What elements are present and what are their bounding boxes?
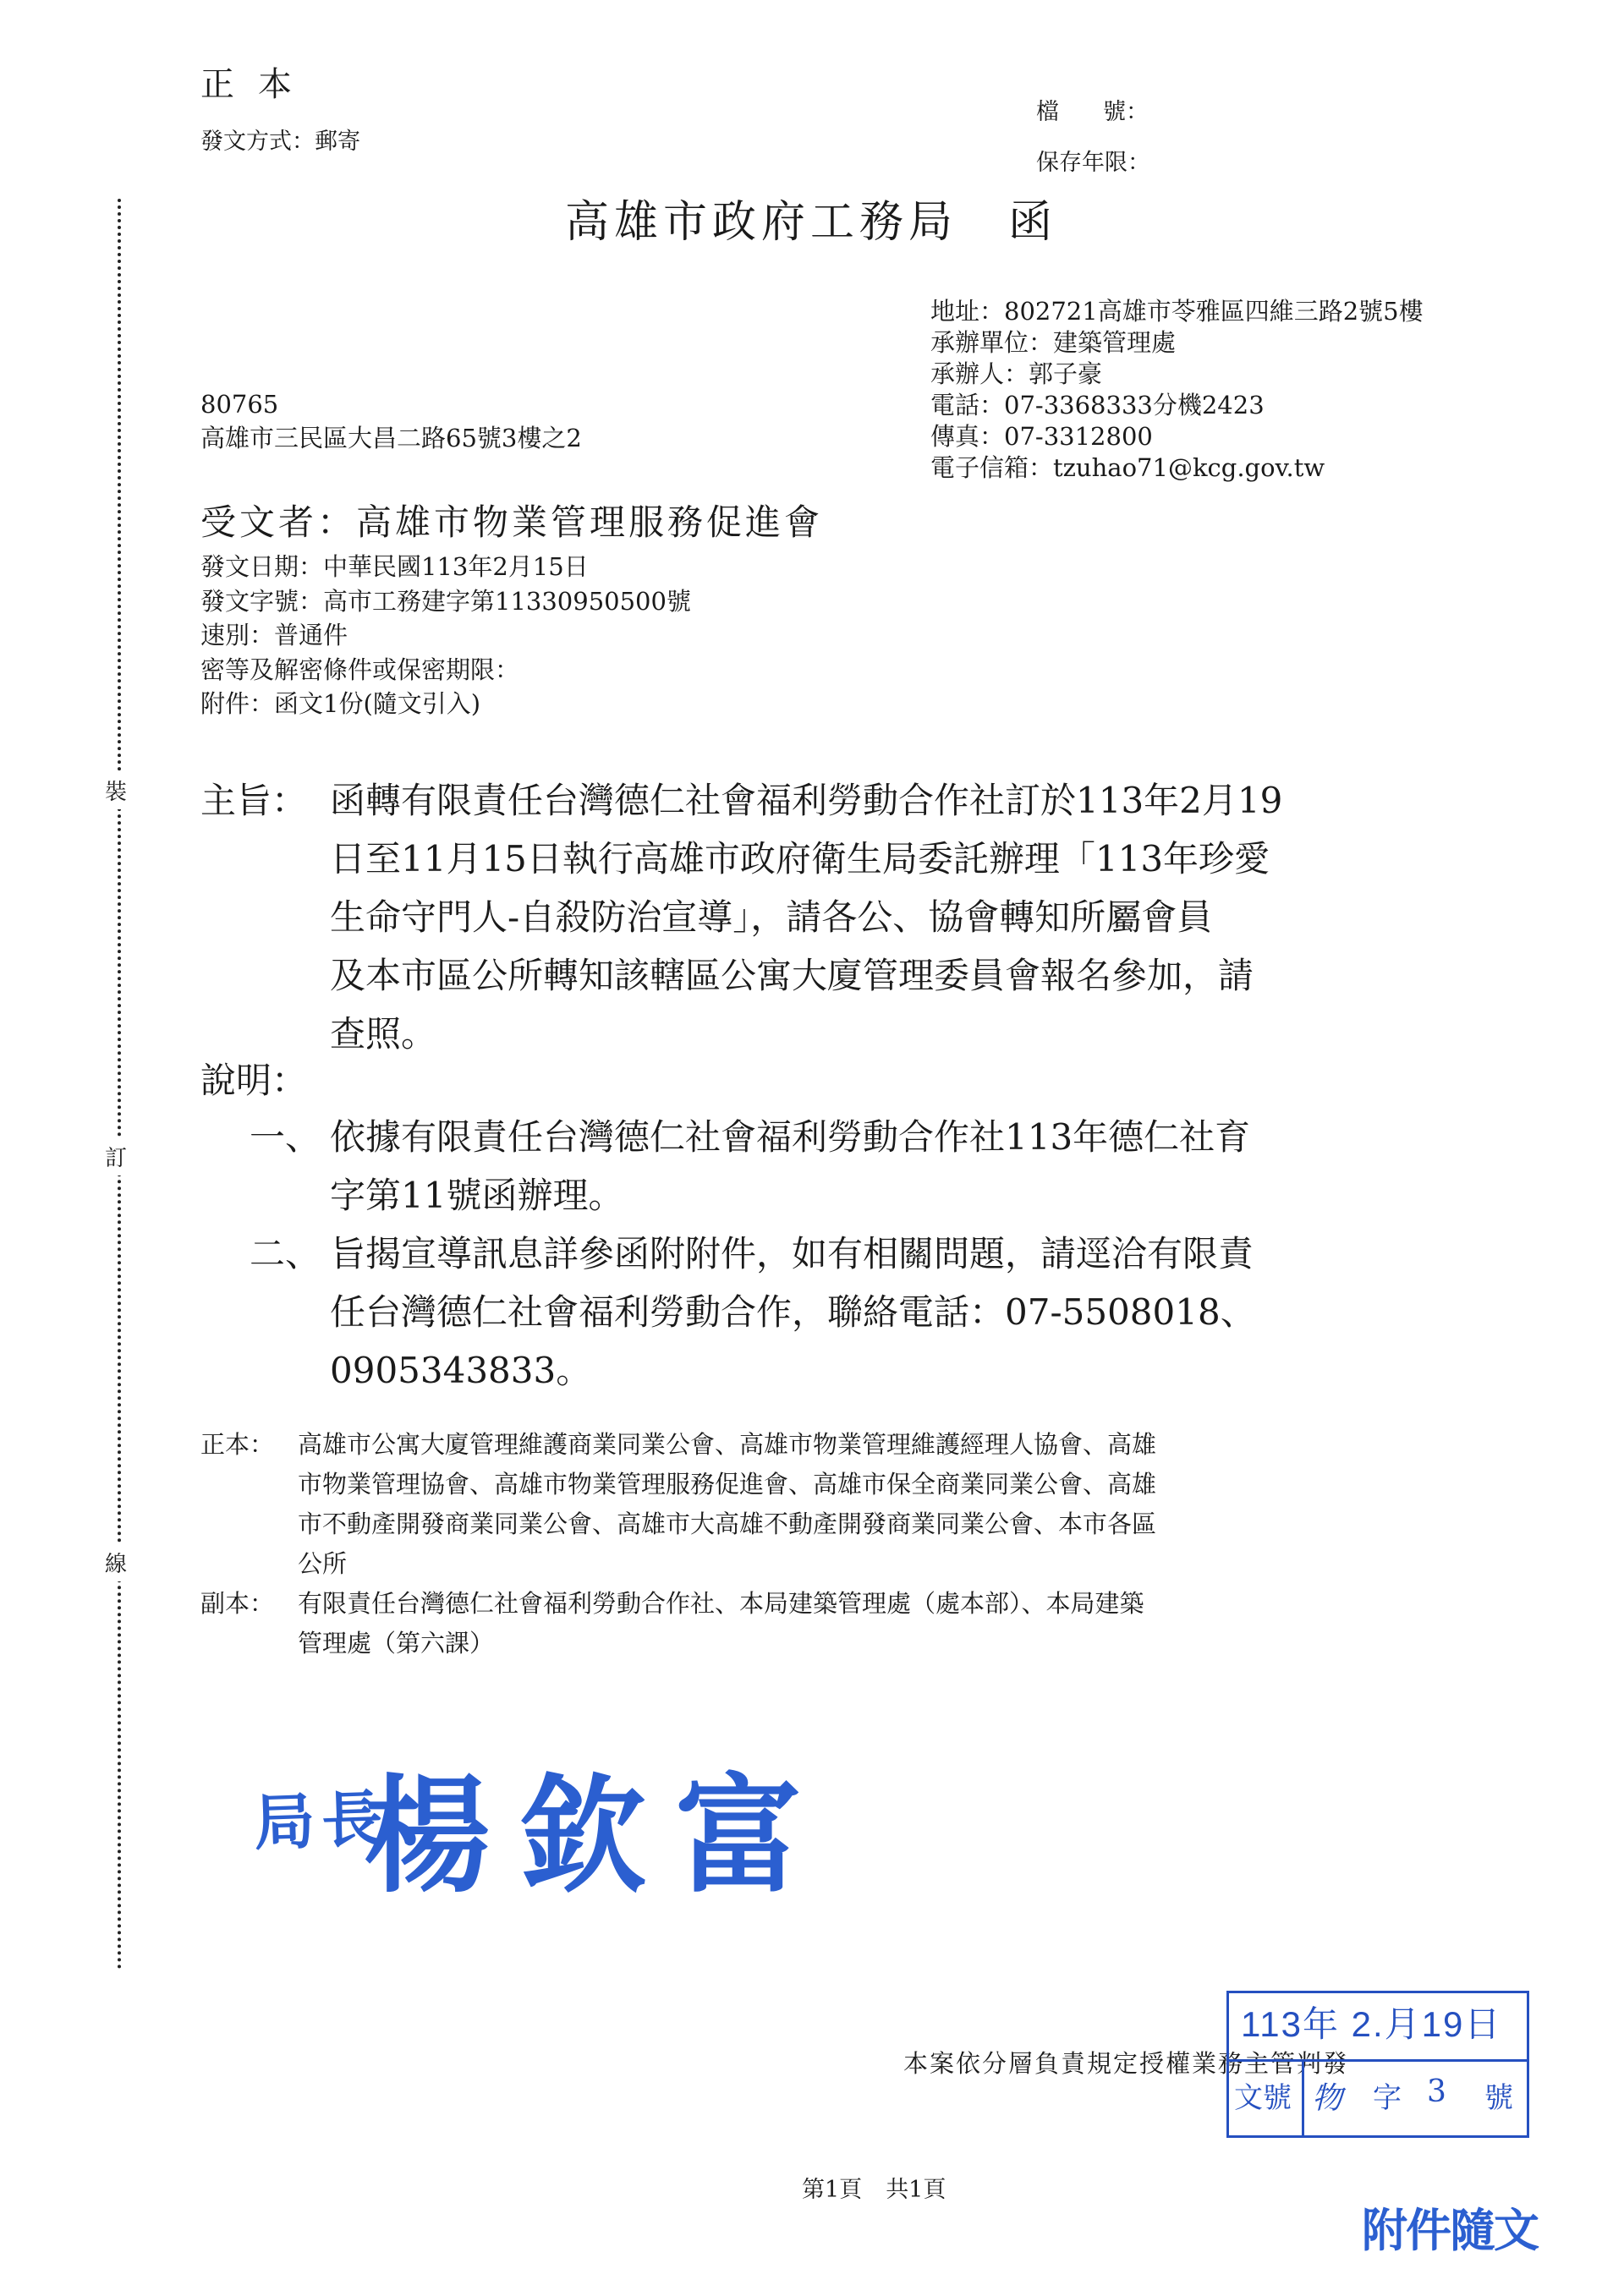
item-line: 0905343833。 xyxy=(330,1341,1256,1400)
sender-contact-block: 地址：802721高雄市苓雅區四維三路2號5樓 承辦單位：建築管理處 承辦人：郭… xyxy=(930,296,1424,484)
stamp-date: 113年 2.月19日 xyxy=(1241,1997,1501,2047)
recipient-line: 市不動產開發商業同業公會、高雄市大高雄不動產開發商業同業公會、本市各區 xyxy=(298,1504,1156,1544)
original-recipients-label: 正本： xyxy=(200,1425,274,1465)
original-recipients: 正本： 高雄市公寓大廈管理維護商業同業公會、高雄市物業管理維護經理人協會、高雄 … xyxy=(200,1425,1512,1586)
recipient-line: 管理處（第六課） xyxy=(298,1624,1144,1663)
item-number: 二、 xyxy=(250,1225,321,1283)
item-line: 旨揭宣導訊息詳參函附附件，如有相關問題，請逕洽有限責 xyxy=(330,1225,1256,1283)
file-number-field: 檔號： xyxy=(1036,93,1149,126)
item-text: 旨揭宣導訊息詳參函附附件，如有相關問題，請逕洽有限責 任台灣德仁社會福利勞動合作… xyxy=(330,1225,1256,1400)
explanation-item-2: 二、 旨揭宣導訊息詳參函附附件，如有相關問題，請逕洽有限責 任台灣德仁社會福利勞… xyxy=(250,1225,1476,1402)
handler-name: 承辦人：郭子豪 xyxy=(930,359,1424,390)
email-address: 電子信箱：tzuhao71@kcg.gov.tw xyxy=(930,452,1424,484)
document-type: 函 xyxy=(1008,197,1057,248)
binding-dotted-line xyxy=(118,199,121,1970)
stamp-docno-number: 3 xyxy=(1427,2074,1446,2109)
stamp-docno-label: 文號 xyxy=(1234,2074,1292,2116)
sender-address: 地址：802721高雄市苓雅區四維三路2號5樓 xyxy=(930,296,1424,327)
document-meta-block: 發文日期：中華民國113年2月15日 發文字號：高市工務建字第113309505… xyxy=(200,550,691,721)
item-text: 依據有限責任台灣德仁社會福利勞動合作社113年德仁社育 字第11號函辦理。 xyxy=(330,1108,1250,1225)
delivery-speed: 速別：普通件 xyxy=(200,618,691,653)
file-number-label-a: 檔 xyxy=(1036,99,1059,125)
receipt-date-stamp: 113年 2.月19日 文號 物 字 3 號 xyxy=(1226,1991,1529,2138)
retention-period-field: 保存年限： xyxy=(1036,144,1150,177)
recipient-line: 高雄市公寓大廈管理維護商業同業公會、高雄市物業管理維護經理人協會、高雄 xyxy=(298,1425,1156,1465)
document-title: 高雄市政府工務局函 xyxy=(565,186,1057,249)
binding-mark-xian: 線 xyxy=(105,1543,127,1581)
recipient-line: 公所 xyxy=(298,1544,1156,1584)
item-line: 任台灣德仁社會福利勞動合作，聯絡電話：07-5508018、 xyxy=(330,1283,1256,1341)
send-method: 發文方式：郵寄 xyxy=(200,123,360,156)
recipient-line: 市物業管理協會、高雄市物業管理服務促進會、高雄市保全商業同業公會、高雄 xyxy=(298,1465,1156,1504)
subject-section: 主旨： 函轉有限責任台灣德仁社會福利勞動合作社訂於113年2月19 日至11月1… xyxy=(200,771,1486,830)
explanation-item-1: 一、 依據有限責任台灣德仁社會福利勞動合作社113年德仁社育 字第11號函辦理。 xyxy=(250,1108,1476,1226)
explanation-label: 說明： xyxy=(200,1053,307,1104)
subject-label: 主旨： xyxy=(200,771,307,830)
original-recipients-list: 高雄市公寓大廈管理維護商業同業公會、高雄市物業管理維護經理人協會、高雄 市物業管… xyxy=(298,1425,1156,1584)
issue-date: 發文日期：中華民國113年2月15日 xyxy=(200,550,691,584)
subject-line: 及本市區公所轉知該轄區公寓大廈管理委員會報名參加，請 xyxy=(330,946,1282,1005)
item-line: 依據有限責任台灣德仁社會福利勞動合作社113年德仁社育 xyxy=(330,1108,1250,1166)
attachment-stamp: 附件隨文 xyxy=(1362,2195,1538,2260)
copy-type-label: 正本 xyxy=(200,58,315,106)
page-indicator: 第1頁共1頁 xyxy=(802,2171,946,2204)
subject-line: 函轉有限責任台灣德仁社會福利勞動合作社訂於113年2月19 xyxy=(330,771,1282,830)
stamp-docno-word: 字 xyxy=(1373,2074,1402,2116)
addressee: 受文者：高雄市物業管理服務促進會 xyxy=(200,495,823,545)
copy-recipients-label: 副本： xyxy=(200,1584,274,1624)
recipient-address-block: 80765 高雄市三民區大昌二路65號3樓之2 xyxy=(200,387,582,455)
subject-text: 函轉有限責任台灣德仁社會福利勞動合作社訂於113年2月19 日至11月15日執行… xyxy=(330,771,1282,1063)
file-number-label-b: 號： xyxy=(1103,99,1149,125)
copy-recipients: 副本： 有限責任台灣德仁社會福利勞動合作社、本局建築管理處（處本部）、本局建築 … xyxy=(200,1584,1512,1669)
phone-number: 電話：07-3368333分機2423 xyxy=(930,390,1424,421)
item-number: 一、 xyxy=(250,1108,321,1166)
recipient-address: 高雄市三民區大昌二路65號3樓之2 xyxy=(200,421,582,455)
fax-number: 傳真：07-3312800 xyxy=(930,421,1424,452)
stamp-vertical-divider xyxy=(1302,2059,1304,2135)
binding-mark-ding: 訂 xyxy=(105,1137,127,1175)
stamp-docno-suffix: 號 xyxy=(1484,2074,1513,2116)
stamp-docno-prefix: 物 xyxy=(1312,2074,1342,2118)
subject-line: 生命守門人-自殺防治宣導」，請各公、協會轉知所屬會員 xyxy=(330,888,1282,946)
stamp-divider xyxy=(1229,2059,1527,2062)
subject-line: 日至11月15日執行高雄市政府衛生局委託辦理「113年珍愛 xyxy=(330,830,1282,888)
item-line: 字第11號函辦理。 xyxy=(330,1166,1250,1225)
binding-mark-zhuang: 裝 xyxy=(105,771,127,809)
recipient-postal-code: 80765 xyxy=(200,387,582,421)
handling-unit: 承辦單位：建築管理處 xyxy=(930,327,1424,359)
issuing-organization: 高雄市政府工務局 xyxy=(565,197,957,248)
page-current: 第1頁 xyxy=(802,2177,862,2203)
document-number: 發文字號：高市工務建字第11330950500號 xyxy=(200,584,691,619)
attachment-info: 附件：函文1份(隨文引入) xyxy=(200,687,691,721)
copy-recipients-list: 有限責任台灣德仁社會福利勞動合作社、本局建築管理處（處本部）、本局建築 管理處（… xyxy=(298,1584,1144,1663)
confidentiality-level: 密等及解密條件或保密期限： xyxy=(200,653,691,688)
signature-name-stamp: 楊欽富 xyxy=(364,1734,831,1916)
subject-line: 查照。 xyxy=(330,1005,1282,1063)
page-total: 共1頁 xyxy=(886,2177,946,2203)
recipient-line: 有限責任台灣德仁社會福利勞動合作社、本局建築管理處（處本部）、本局建築 xyxy=(298,1584,1144,1624)
